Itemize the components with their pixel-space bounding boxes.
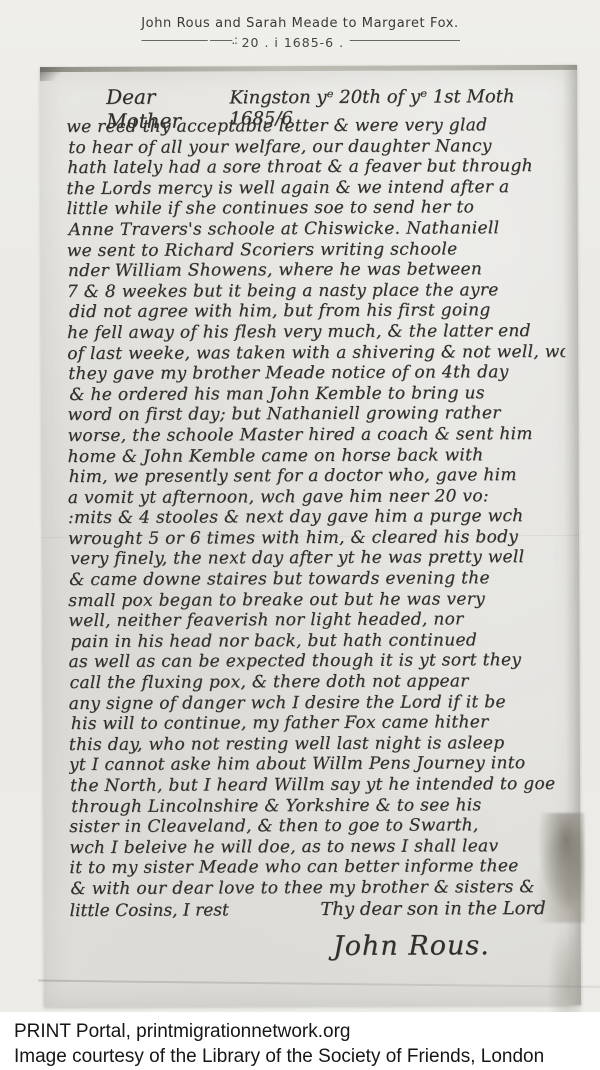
handwritten-letter: Dear Mother Kingston yᵉ 20th of yᵉ 1st M…: [66, 83, 568, 997]
letter-line: a vomit yt afternoon, wch gave him neer …: [68, 486, 566, 509]
archival-caption: John Rous and Sarah Meade to Margaret Fo…: [0, 16, 600, 50]
letter-line: it to my sister Meade who can better inf…: [69, 856, 567, 879]
letter-signature-row: John Rous.: [70, 929, 568, 962]
letter-line: him, we presently sent for a doctor who,…: [69, 465, 566, 488]
letter-line: little while if she continues soe to sen…: [67, 197, 565, 220]
letter-line: sister in Cleaveland, & then to goe to S…: [69, 815, 567, 838]
letter-line: wch I beleive he will doe, as to news I …: [69, 836, 567, 859]
letter-line: home & John Kemble came on horse back wi…: [68, 444, 566, 467]
letter-line: Anne Travers's schoole at Chiswicke. Nat…: [69, 218, 565, 241]
manuscript-page: Dear Mother Kingston yᵉ 20th of yᵉ 1st M…: [40, 65, 581, 1007]
caption-title: John Rous and Sarah Meade to Margaret Fo…: [0, 16, 600, 31]
letter-line: he fell away of his flesh very much, & t…: [67, 321, 565, 344]
letter-line: 7 & 8 weekes but it being a nasty place …: [67, 280, 565, 303]
letter-line: wrought 5 or 6 times with him, & cleared…: [68, 527, 566, 550]
letter-line: they gave my brother Meade notice of on …: [68, 362, 565, 385]
letter-line: as well as can be expected though it is …: [69, 650, 567, 673]
page-top-edge: [40, 65, 577, 72]
letter-line: this day, who not resting well last nigh…: [69, 733, 567, 756]
letter-line: small pox began to breake out but he was…: [68, 589, 566, 612]
letter-closing-row: little Cosins, I rest Thy dear son in th…: [70, 897, 568, 921]
letter-line: :mits & 4 stooles & next day gave him a …: [68, 506, 566, 529]
letter-valediction: Thy dear son in the Lord: [320, 898, 545, 921]
letter-line: & with our dear love to thee my brother …: [70, 877, 567, 900]
letter-line: we sent to Richard Scoriers writing scho…: [67, 238, 565, 261]
letter-line: well, neither feaverish nor light headed…: [68, 609, 566, 632]
footer-caption: PRINT Portal, printmigrationnetwork.org …: [0, 1012, 600, 1070]
letter-opening-row: Dear Mother Kingston yᵉ 20th of yᵉ 1st M…: [66, 83, 564, 117]
letter-line: & came downe staires but towards evening…: [69, 568, 566, 591]
letter-line: to hear of all your welfare, our daughte…: [68, 135, 564, 158]
letter-closing: little Cosins, I rest: [70, 899, 229, 922]
letter-line: the North, but I heard Willm say yt he i…: [70, 774, 567, 797]
scanned-letter-image: John Rous and Sarah Meade to Margaret Fo…: [0, 0, 600, 1070]
letter-line: call the fluxing pox, & there doth not a…: [70, 671, 567, 694]
caption-dash-left: —————— ——.:: [141, 32, 237, 47]
letter-line: yt I cannot aske him about Willm Pens Jo…: [69, 753, 567, 776]
letter-line: nder William Showens, where he was betwe…: [68, 259, 565, 282]
footer-credit-line: Image courtesy of the Library of the Soc…: [14, 1044, 600, 1069]
letter-line: hath lately had a sore throat & a feaver…: [67, 156, 564, 179]
letter-line: worse, the schoole Master hired a coach …: [68, 424, 566, 447]
caption-dateline: —————— ——.: 20 . i 1685-6 . ——————————: [0, 35, 600, 50]
caption-date: 20 . i 1685-6 .: [242, 35, 345, 50]
letter-line: through Lincolnshire & Yorkshire & to se…: [71, 794, 567, 817]
letter-line: pain in his head nor back, but hath cont…: [70, 630, 566, 653]
letter-line: & he ordered his man John Kemble to brin…: [69, 383, 565, 406]
letter-line: word on first day; but Nathaniell growin…: [67, 403, 565, 426]
letter-body: we recd thy acceptable letter & were ver…: [66, 115, 567, 900]
footer-portal-line: PRINT Portal, printmigrationnetwork.org: [14, 1019, 600, 1044]
letter-line: did not agree with him, but from his fir…: [69, 300, 565, 323]
letter-line: his will to continue, my father Fox came…: [71, 712, 567, 735]
page-top-left-corner-shadow: [40, 67, 66, 81]
scan-backdrop: John Rous and Sarah Meade to Margaret Fo…: [0, 0, 600, 1012]
letter-line: any signe of danger wch I desire the Lor…: [69, 692, 567, 715]
letter-line: very finely, the next day after yt he wa…: [70, 547, 566, 570]
letter-signature: John Rous.: [333, 930, 490, 962]
letter-line: of last weeke, was taken with a shiverin…: [67, 341, 565, 364]
letter-line: the Lords mercy is well again & we inten…: [66, 177, 564, 200]
caption-dash-right: ——————————: [349, 32, 459, 47]
